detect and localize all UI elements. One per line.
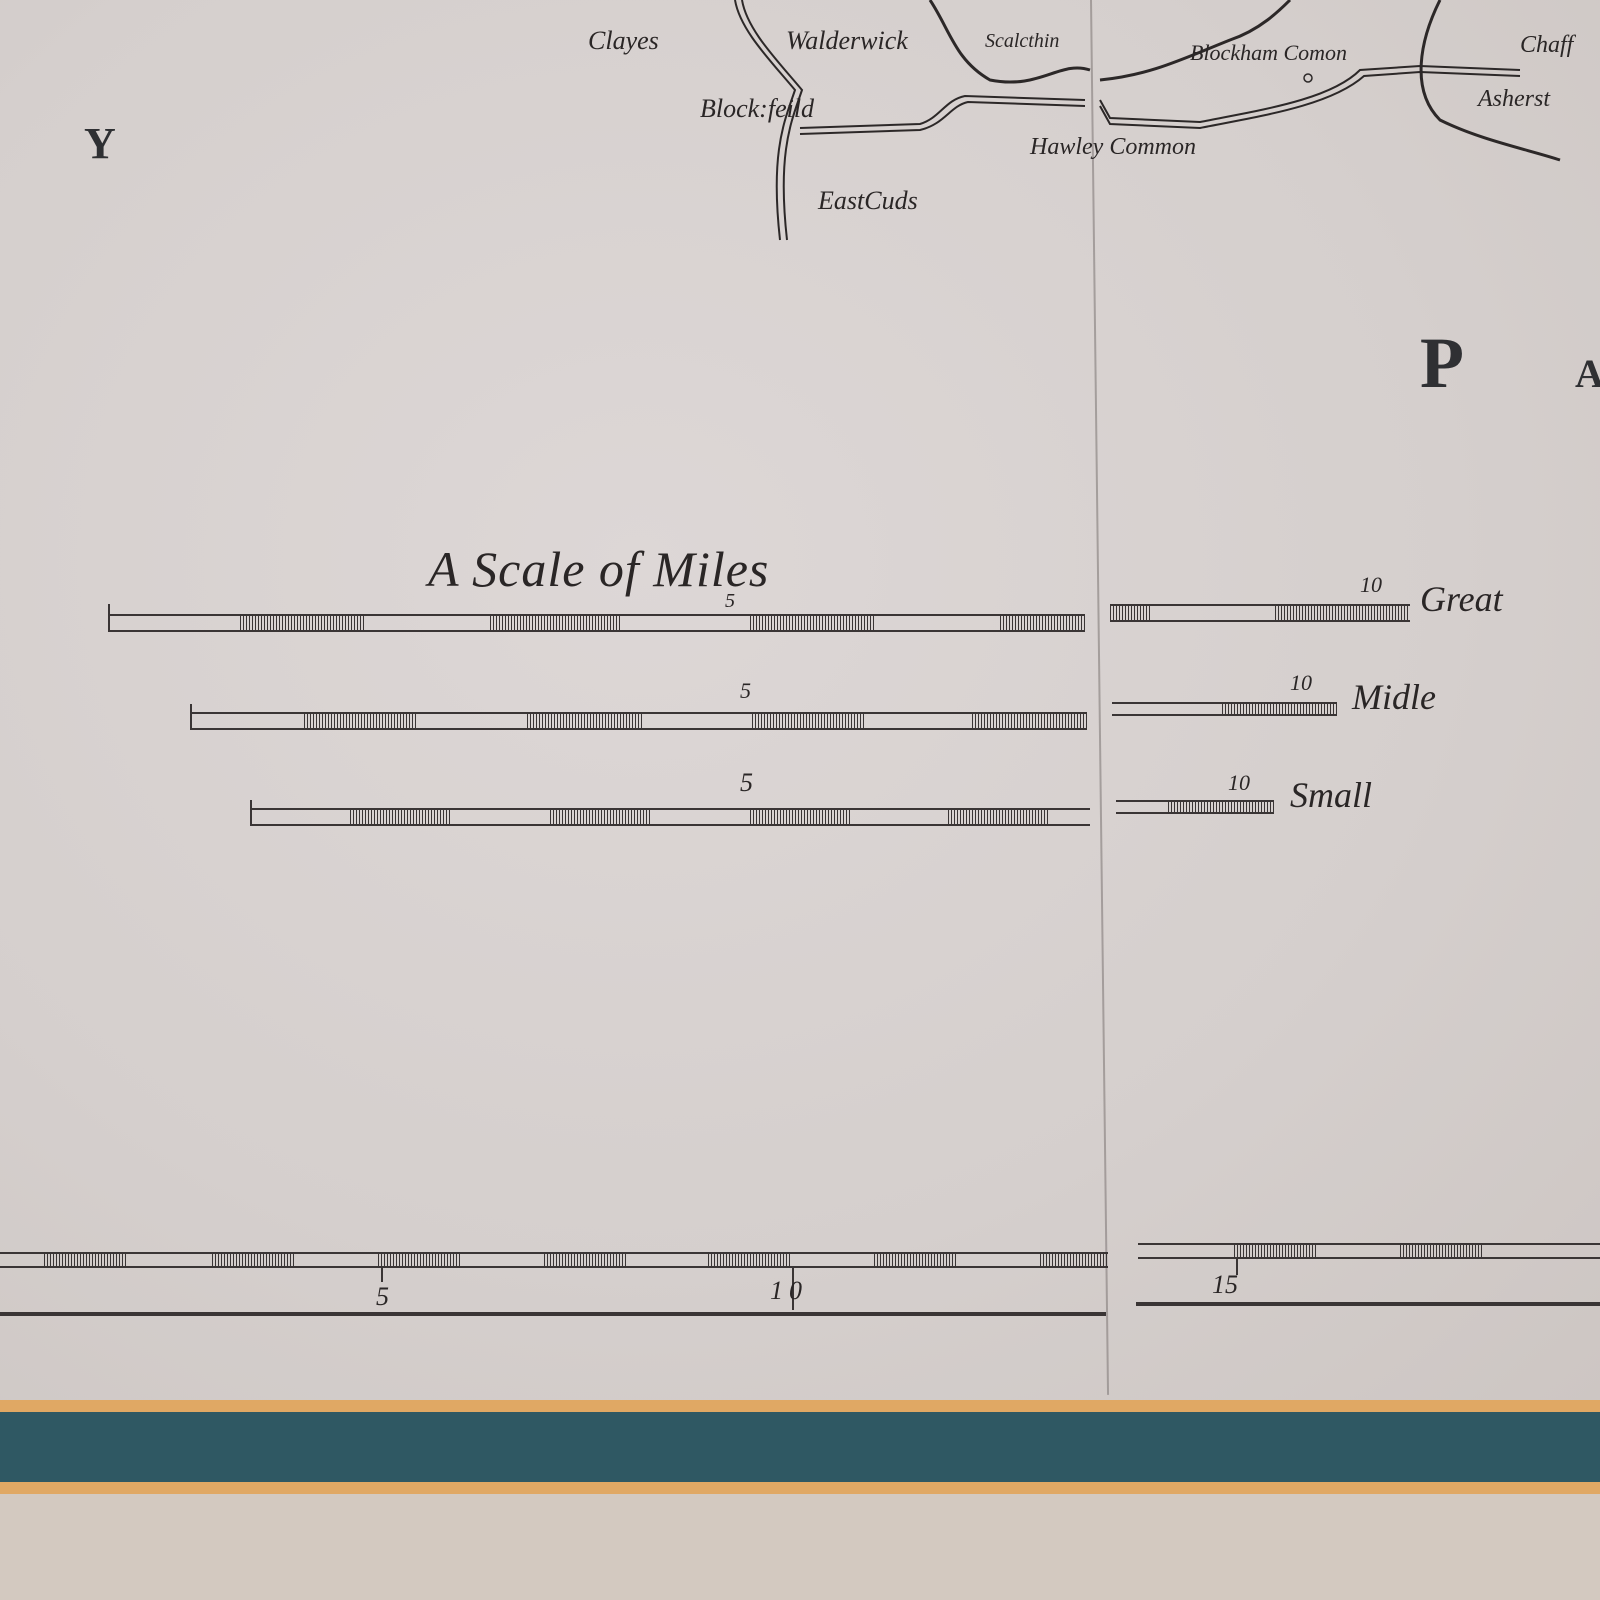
place-eastcuds: EastCuds: [818, 186, 918, 216]
scale-name-midle: Midle: [1352, 676, 1436, 718]
small-end-label: 10: [1228, 770, 1250, 796]
scale-name-small: Small: [1290, 774, 1372, 816]
mat-cream: [0, 1494, 1600, 1600]
mat-blue-band: [0, 1412, 1600, 1482]
border-scale-right: [1138, 1243, 1600, 1259]
great-mid-label: 5: [725, 590, 735, 613]
mat-orange-top: [0, 1400, 1600, 1412]
region-letter-p: P: [1420, 322, 1464, 405]
region-letter-y: Y: [84, 118, 116, 169]
region-letter-a: A: [1575, 350, 1600, 397]
place-blockham-comon: Blockham Comon: [1190, 40, 1347, 66]
midle-end-label: 10: [1290, 670, 1312, 696]
scale-title: A Scale of Miles: [428, 540, 769, 598]
small-mid-label: 5: [740, 768, 753, 798]
great-end-label: 10: [1360, 572, 1382, 598]
scale-bar-small-right: [1116, 800, 1274, 814]
scale-bar-midle-left: [192, 712, 1087, 730]
border-label-5: 5: [376, 1282, 389, 1312]
scale-bar-great-left: [110, 614, 1085, 632]
place-asherst: Asherst: [1478, 86, 1550, 113]
place-clayes: Clayes: [588, 26, 659, 56]
scale-bar-great-right: [1110, 604, 1410, 622]
border-label-15: 15: [1212, 1270, 1238, 1300]
border-line-right: [1136, 1302, 1600, 1306]
place-walderwick: Walderwick: [786, 26, 908, 56]
border-label-10: 10: [770, 1276, 808, 1306]
border-scale-left: [0, 1252, 1108, 1268]
midle-mid-label: 5: [740, 678, 751, 704]
place-blockfeild: Block:feild: [700, 94, 814, 124]
place-scalcthin: Scalcthin: [985, 30, 1059, 53]
mat-orange-bottom: [0, 1482, 1600, 1494]
scale-name-great: Great: [1420, 578, 1503, 620]
scale-bar-small-left: [252, 808, 1090, 826]
scale-bar-midle-right: [1112, 702, 1337, 716]
place-hawley-common: Hawley Common: [1030, 134, 1196, 161]
place-chaff: Chaff: [1520, 32, 1573, 59]
border-line-left: [0, 1312, 1106, 1316]
